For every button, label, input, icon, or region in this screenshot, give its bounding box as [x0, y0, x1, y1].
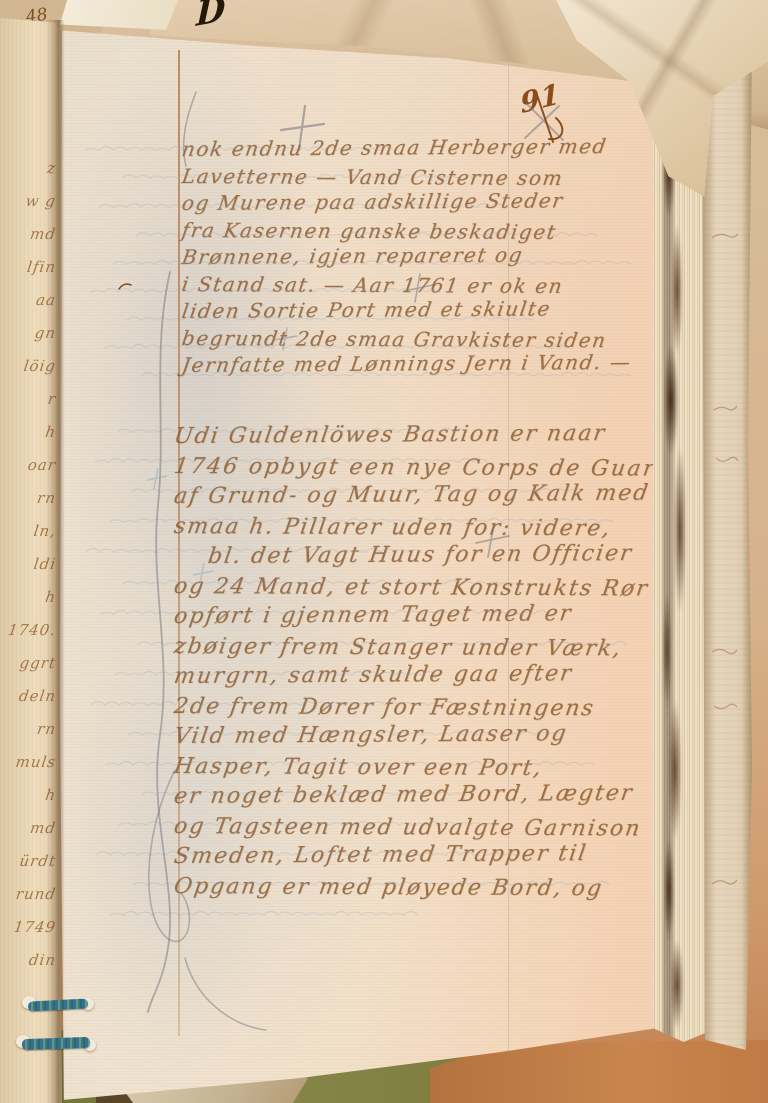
manuscript-line: af Grund- og Muur, Tag og Kalk med	[172, 478, 662, 512]
manuscript-line: Smeden, Loftet med Trapper til	[172, 838, 662, 872]
manuscript-line: liden Sortie Port med et skiulte	[180, 295, 634, 325]
manuscript-line: nok endnu 2de smaa Herberger med	[180, 133, 634, 163]
manuscript-line: opført i gjennem Taget med er	[172, 598, 662, 632]
manuscript-page: 91 nok endnu 2de smaa Herberger medLavet…	[56, 24, 662, 1102]
gutter-shadow	[46, 20, 68, 1103]
wrapper-paper-right	[702, 36, 752, 1050]
manuscript-line: Udi Guldenlöwes Bastion er naar	[172, 418, 662, 452]
water-stain-streaks	[653, 50, 709, 1042]
paragraph-first: nok endnu 2de smaa Herberger medLavetter…	[182, 136, 631, 379]
manuscript-line: Vild med Hængsler, Laaser og	[172, 718, 662, 752]
manuscript-line: bl. det Vagt Huus for en Officier	[206, 539, 662, 572]
ink-flourish-glyph: D	[196, 0, 226, 35]
manuscript-photo: D 48 zw gmdlfinaagnlöigrhoarrnln,ldih174…	[0, 0, 768, 1103]
manuscript-line: er noget beklæd med Bord, Lægter	[172, 778, 662, 812]
manuscript-line: Jernfatte med Lønnings Jern i Vand. —	[180, 349, 634, 379]
fore-edge-page-stack	[653, 50, 709, 1042]
manuscript-line: og Murene paa adskillige Steder	[180, 187, 634, 217]
manuscript-line: Brønnene, igjen repareret og	[180, 241, 634, 271]
paragraph-second: Udi Guldenlöwes Bastion er naar1746 opby…	[174, 422, 662, 902]
manuscript-line: murgrn, samt skulde gaa efter	[172, 658, 662, 692]
manuscript-line: Opgang er med pløyede Bord, og	[172, 872, 662, 905]
